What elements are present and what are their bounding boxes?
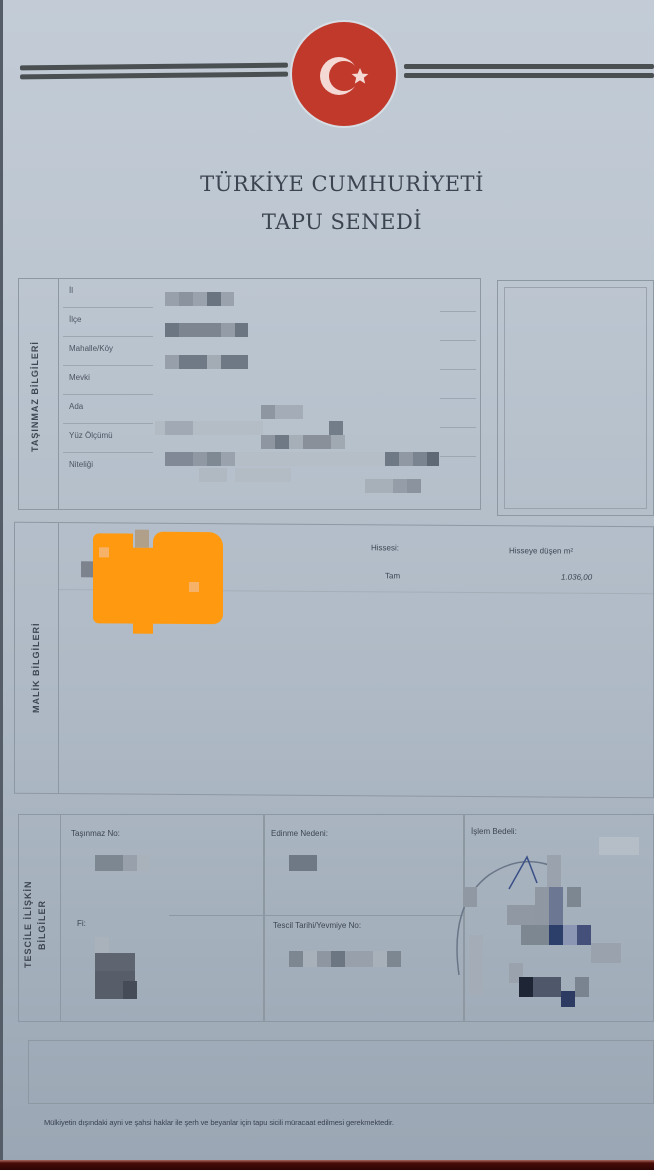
field-label-ada: Ada — [63, 395, 153, 424]
redacted-owner-name — [15, 523, 653, 527]
tescil-tarihi-label: Tescil Tarihi/Yevmiye No: — [273, 921, 361, 930]
field-label-yuzolcumu: Yüz Ölçümü — [63, 424, 153, 453]
field-label-ilce: İlçe — [63, 308, 153, 337]
document-title-country: TÜRKİYE CUMHURİYETİ — [0, 172, 654, 196]
field-label-il: İl — [63, 279, 153, 308]
background-surface — [0, 1160, 654, 1170]
tasinmaz-label-column: TAŞINMAZ BİLGİLERİ — [19, 279, 59, 509]
islem-bedeli-label: İşlem Bedeli: — [471, 827, 517, 836]
malik-bilgileri-section: MALİK BİLGİLERİ Hissesi: Tam Hisseye düş… — [14, 522, 654, 798]
tescil-label-column: TESCİLE İLİŞKİN BİLGİLER — [19, 815, 61, 1021]
fi-label: Fi: — [77, 919, 86, 928]
malik-section-label: MALİK BİLGİLERİ — [31, 593, 41, 743]
field-label-niteligi: Niteliği — [63, 453, 153, 482]
footnote: Mülkiyetin dışındaki ayni ve şahsi hakla… — [44, 1118, 394, 1127]
tescil-section-label-2: BİLGİLER — [37, 875, 47, 975]
crescent-star-icon — [292, 22, 396, 126]
field-label-mahalle: Mahalle/Köy — [63, 337, 153, 366]
tasinmaz-no-label: Taşınmaz No: — [71, 829, 120, 838]
tescil-bilgileri-section: TESCİLE İLİŞKİN BİLGİLER Taşınmaz No: Ed… — [18, 814, 654, 1022]
header-band-left — [20, 63, 288, 80]
header-band-right — [404, 64, 654, 78]
malik-label-column: MALİK BİLGİLERİ — [15, 523, 59, 793]
tasinmaz-section-label: TAŞINMAZ BİLGİLERİ — [30, 307, 40, 487]
tasinmaz-bilgileri-section: TAŞINMAZ BİLGİLERİ İl İlçe Mahalle/Köy M… — [18, 278, 481, 510]
hisse-label: Hissesi: — [371, 543, 399, 552]
photo-placeholder-box — [497, 280, 654, 516]
tasinmaz-field-list: İl İlçe Mahalle/Köy Mevki Ada Yüz Ölçümü… — [63, 279, 153, 482]
tescil-section-label-1: TESCİLE İLİŞKİN — [23, 849, 33, 999]
field-label-mevki: Mevki — [63, 366, 153, 395]
area-value: 1.036,00 — [561, 573, 592, 582]
edinme-nedeni-label: Edinme Nedeni: — [271, 829, 328, 838]
document-title-type: TAPU SENEDİ — [0, 210, 654, 234]
hisse-value: Tam — [385, 571, 400, 580]
area-label: Hisseye düşen m² — [509, 546, 573, 555]
annotation-box — [28, 1040, 654, 1104]
